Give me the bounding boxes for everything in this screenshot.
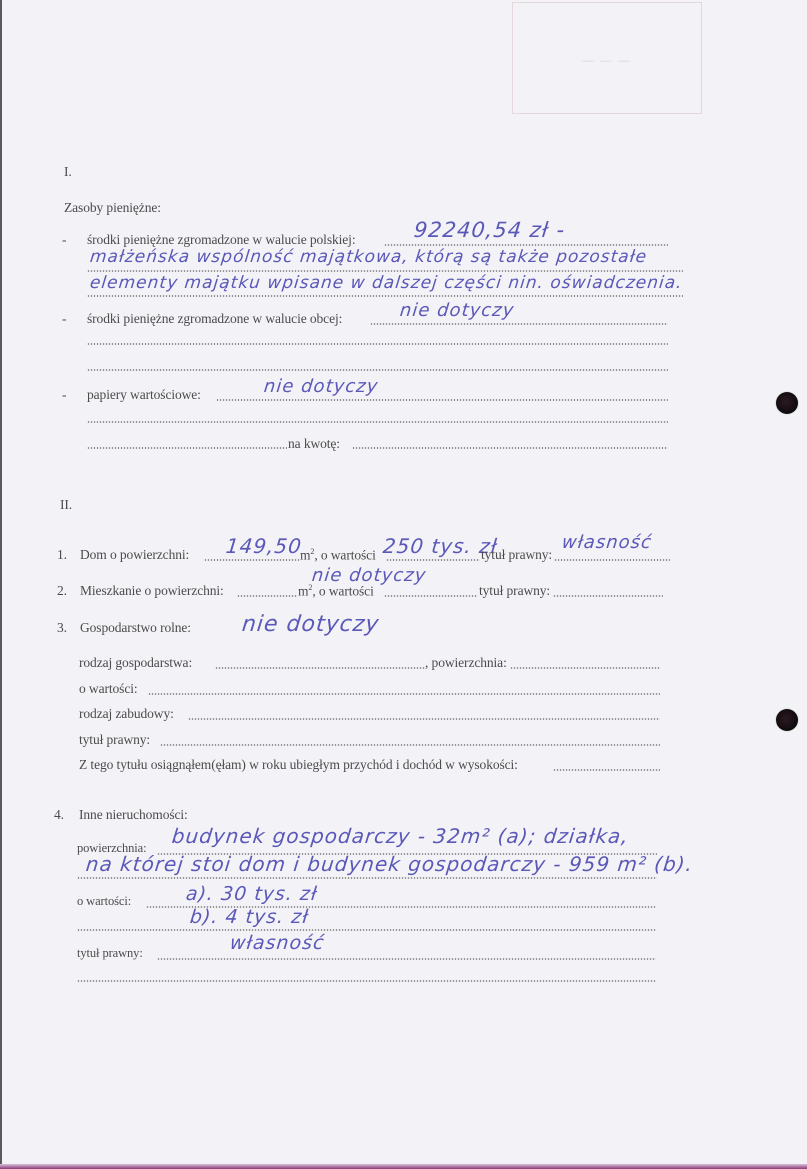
field-label-house-title: tytuł prawny: [481,547,552,563]
unit: m [298,584,308,599]
dotted-line [386,559,480,561]
item-number: 4. [54,807,64,823]
dotted-line [553,595,663,597]
field-label-other-property: Inne nieruchomości: [79,807,188,823]
field-label-house-area: Dom o powierzchni: [80,547,189,563]
field-label-farm-type: rodzaj gospodarstwa: [79,655,192,671]
field-value-other-worth-b[interactable]: b). 4 tys. zł [189,906,310,928]
item-number: 2. [57,583,67,599]
field-label-apartment-area: Mieszkanie o powierzchni: [80,583,224,599]
field-value-farm[interactable]: nie dotyczy [241,612,381,637]
dotted-line [204,559,300,561]
item-number: 3. [57,620,67,636]
item-number: 1. [57,547,67,563]
dotted-line [510,667,660,669]
dotted-line [554,559,670,561]
page-bottom-edge [0,1164,807,1169]
field-label-apartment-title: tytuł prawny: [479,583,550,599]
punch-hole [776,709,798,731]
section-numeral-1: I. [64,164,72,180]
field-value-securities[interactable]: nie dotyczy [263,376,380,397]
field-label-pln-cash: środki pieniężne zgromadzone w walucie p… [87,232,355,248]
field-value-other-area-2[interactable]: na której stoi dom i budynek gospodarczy… [85,852,695,876]
dotted-line [87,369,668,371]
field-label-securities-amount: na kwotę: [288,436,340,452]
field-value-other-title[interactable]: własność [229,932,326,954]
faded-stamp: — — — [512,2,702,114]
dotted-line [352,447,668,449]
dotted-line [237,595,297,597]
field-value-other-area-1[interactable]: budynek gospodarczy - 32m² (a); działka, [171,824,630,848]
dotted-line [87,343,668,345]
dotted-line [77,980,656,982]
dotted-line [188,718,660,720]
dotted-line [87,270,683,272]
dotted-line [384,595,478,597]
field-label-other-worth: o wartości: [77,894,131,909]
dotted-line [87,447,287,449]
section-numeral-2: II. [60,497,72,513]
dotted-line [77,877,657,879]
dotted-line [553,769,660,771]
field-label-other-title: tytuł prawny: [77,946,143,961]
dotted-line [87,295,683,297]
dotted-line [384,244,668,246]
page-edge [0,0,2,1169]
dotted-line [370,323,668,325]
field-label-house-value: , o wartości [314,548,375,563]
dotted-line [77,929,656,931]
field-label-farm: Gospodarstwo rolne: [80,620,191,636]
field-value-house-area[interactable]: 149,50 [225,534,304,558]
bullet: - [62,311,66,327]
dotted-line [160,744,660,746]
dotted-line [157,958,656,960]
field-label-securities: papiery wartościowe: [87,387,201,403]
field-value-apartment[interactable]: nie dotyczy [311,565,428,586]
field-value-pln-cash-continuation-1[interactable]: małżeńska wspólność majątkowa, którą są … [89,247,648,267]
field-value-other-worth-a[interactable]: a). 30 tys. zł [185,883,319,905]
bullet: - [62,232,66,248]
field-label-farm-buildings: rodzaj zabudowy: [79,706,174,722]
bullet: - [62,387,66,403]
field-label-farm-area: , powierzchnia: [425,655,507,671]
unit: m [300,548,310,563]
dotted-line [216,399,668,401]
field-value-foreign-cash[interactable]: nie dotyczy [399,300,516,321]
dotted-line [148,693,660,695]
field-label-foreign-cash: środki pieniężne zgromadzone w walucie o… [87,311,342,327]
dotted-line [87,421,668,423]
field-value-house-title[interactable]: własność [561,532,653,553]
field-label-farm-income: Z tego tytułu osiągnąłem(ęłam) w roku ub… [79,757,518,773]
field-label-farm-title: tytuł prawny: [79,732,150,748]
field-label-farm-worth: o wartości: [79,681,138,697]
section-heading-cash: Zasoby pieniężne: [64,200,161,216]
field-value-pln-cash-continuation-2[interactable]: elementy majątku wpisane w dalszej częśc… [89,273,684,293]
dotted-line [215,667,425,669]
field-value-pln-cash[interactable]: 92240,54 zł - [413,218,567,242]
punch-hole [776,392,798,414]
